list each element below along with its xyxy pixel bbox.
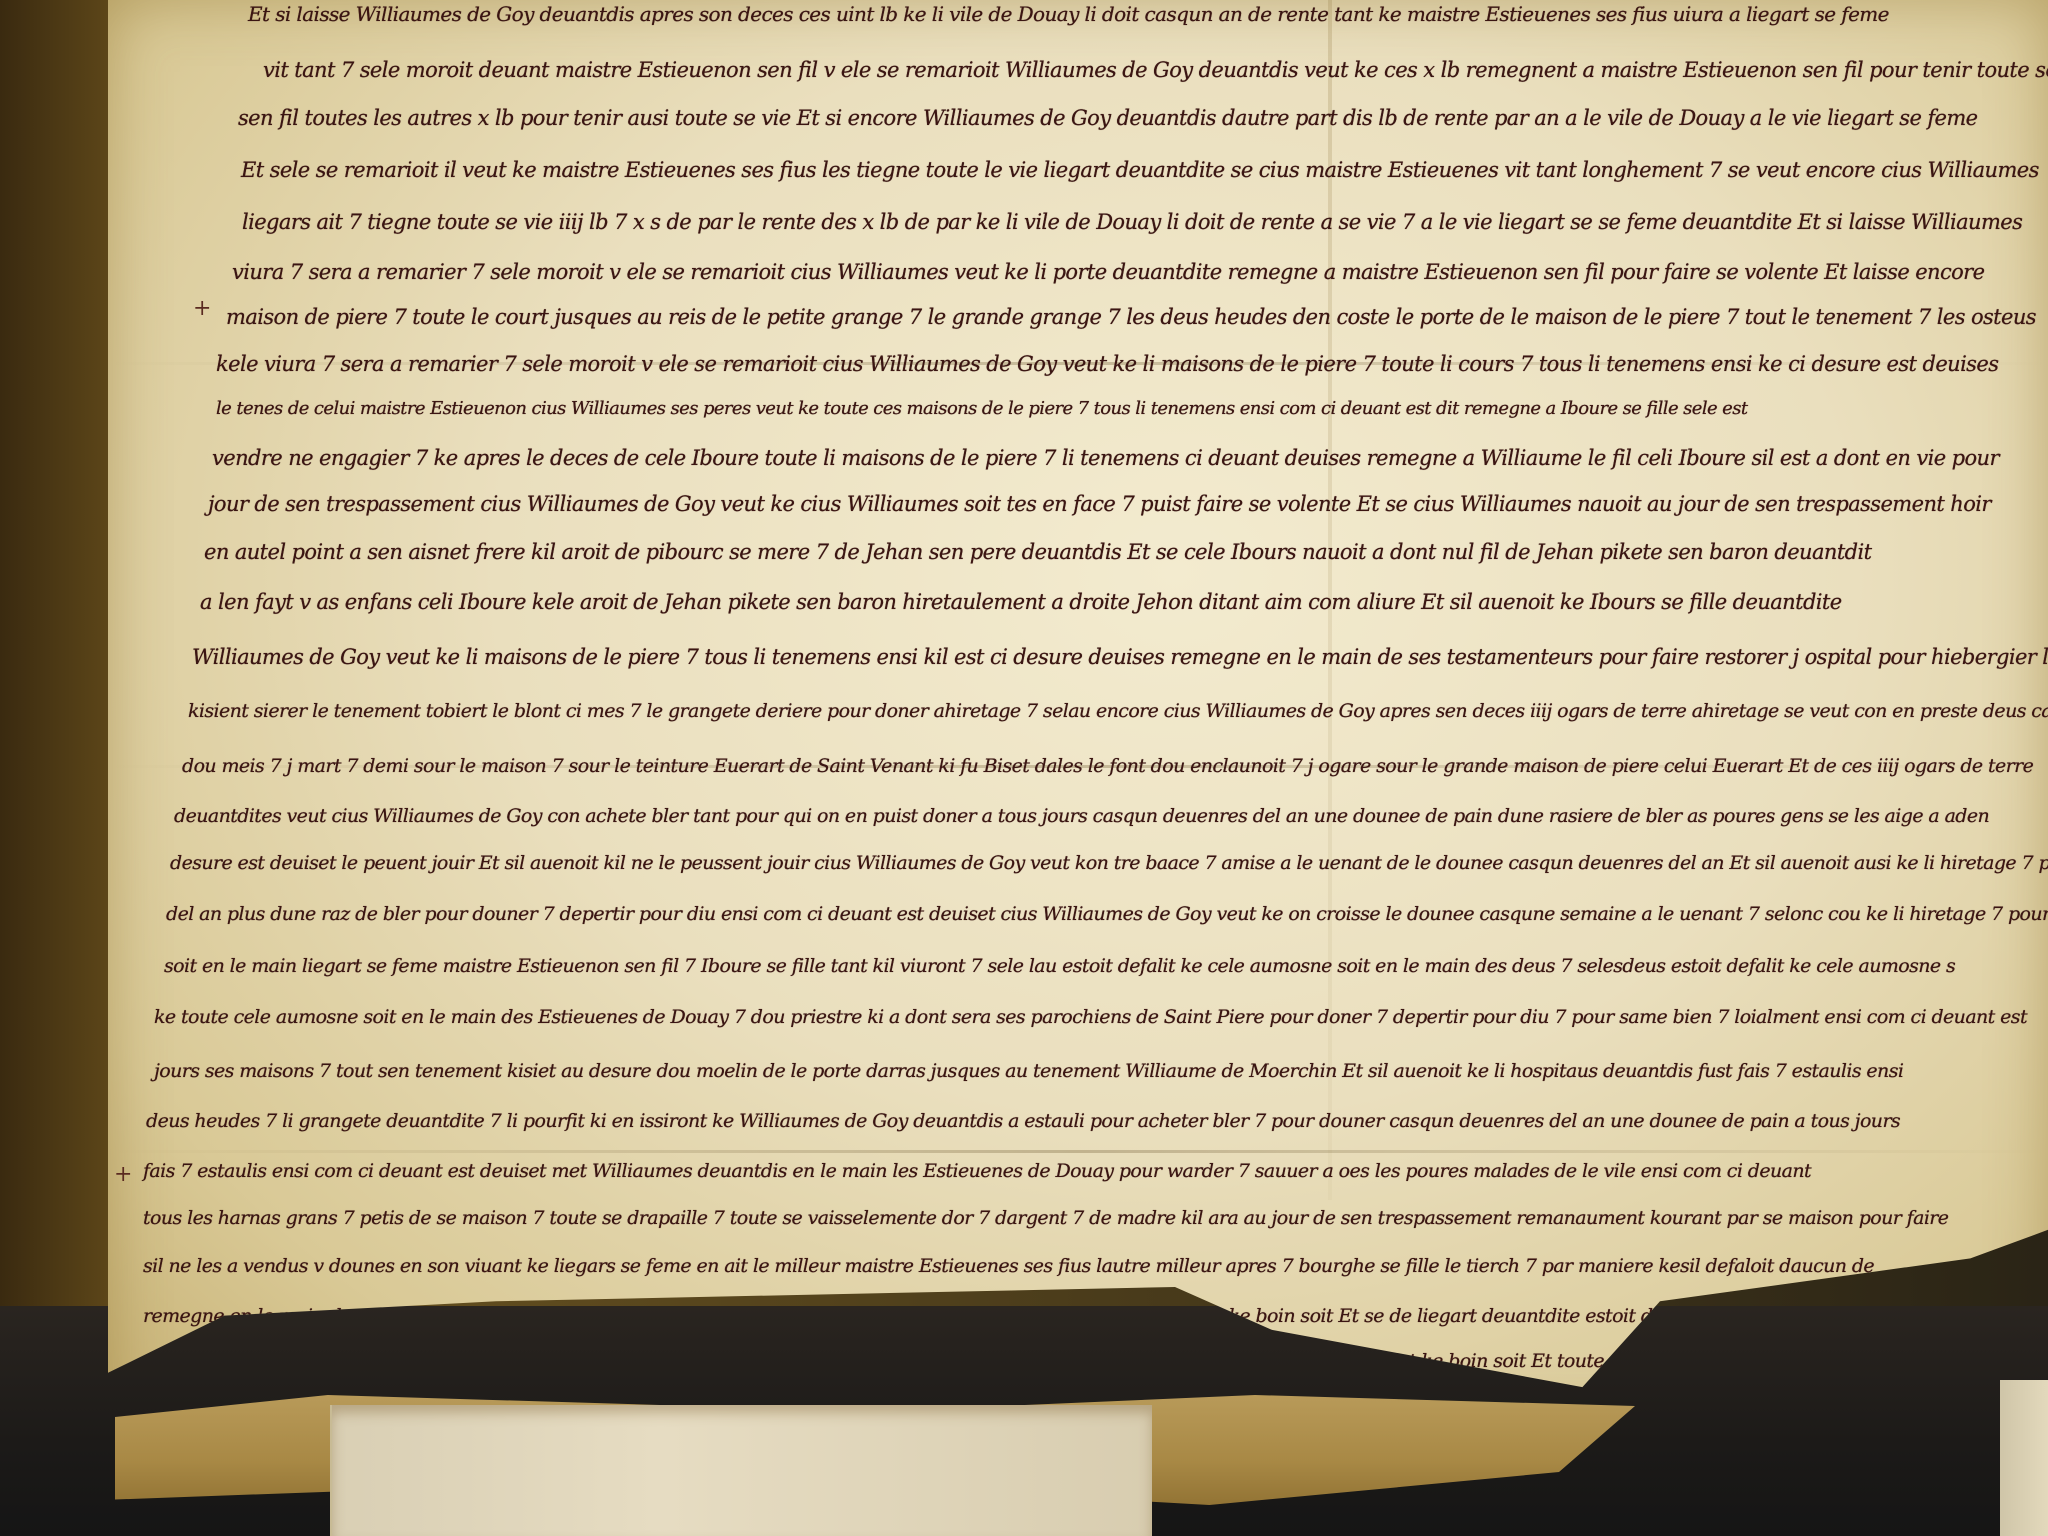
- text-line: a len fayt v as enfans celi Iboure kele …: [200, 590, 1842, 614]
- seal-tag-strip: [330, 1405, 1152, 1536]
- text-line: liegars ait 7 tiegne toute se vie iiij l…: [242, 210, 2022, 234]
- text-line: sen fil toutes les autres x lb pour teni…: [238, 106, 1977, 130]
- text-line: sil ne les a vendus v dounes en son viua…: [143, 1255, 1874, 1277]
- text-line: kele viura 7 sera a remarier 7 sele moro…: [216, 352, 1998, 376]
- seal-tag-strip-right: [2000, 1380, 2048, 1536]
- text-line: jours ses maisons 7 tout sen tenement ki…: [154, 1060, 1903, 1082]
- text-line: Williaumes de Goy veut ke li maisons de …: [192, 645, 2048, 669]
- text-line: en autel point a sen aisnet frere kil ar…: [204, 540, 1871, 564]
- text-line: maison de piere 7 toute le court jusques…: [226, 305, 2036, 329]
- text-line: Et sele se remarioit il veut ke maistre …: [241, 158, 2039, 182]
- text-line: deuantdites veut cius Williaumes de Goy …: [174, 805, 1989, 827]
- text-line: vit tant 7 sele moroit deuant maistre Es…: [263, 58, 2048, 82]
- charter-text: Et si laisse Williaumes de Goy deuantdis…: [108, 0, 2048, 1430]
- text-line: desure est deuiset le peuent jouir Et si…: [170, 852, 2048, 874]
- text-line: vendre ne engagier 7 ke apres le deces d…: [212, 446, 1999, 470]
- text-line: viura 7 sera a remarier 7 sele moroit v …: [232, 260, 1984, 284]
- text-line: del an plus dune raz de bler pour douner…: [166, 903, 2048, 925]
- text-line: tous les harnas grans 7 petis de se mais…: [143, 1207, 1948, 1229]
- text-line: Et si laisse Williaumes de Goy deuantdis…: [248, 2, 1889, 26]
- margin-cross-mark: +: [193, 296, 211, 321]
- text-line: fais 7 estaulis ensi com ci deuant est d…: [143, 1160, 1811, 1182]
- text-line: soit en le main liegart se feme maistre …: [164, 955, 1955, 977]
- text-line: le tenes de celui maistre Estieuenon ciu…: [216, 398, 1748, 419]
- text-line: deus heudes 7 li grangete deuantdite 7 l…: [146, 1110, 1900, 1132]
- text-line: kisient sierer le tenement tobiert le bl…: [188, 700, 2048, 722]
- parchment-charter: Et si laisse Williaumes de Goy deuantdis…: [108, 0, 2048, 1430]
- text-line: jour de sen trespassement cius Williaume…: [208, 492, 1991, 516]
- margin-cross-mark: +: [114, 1162, 132, 1187]
- text-line: dou meis 7 j mart 7 demi sour le maison …: [182, 755, 2033, 777]
- text-line: ke toute cele aumosne soit en le main de…: [154, 1006, 2027, 1028]
